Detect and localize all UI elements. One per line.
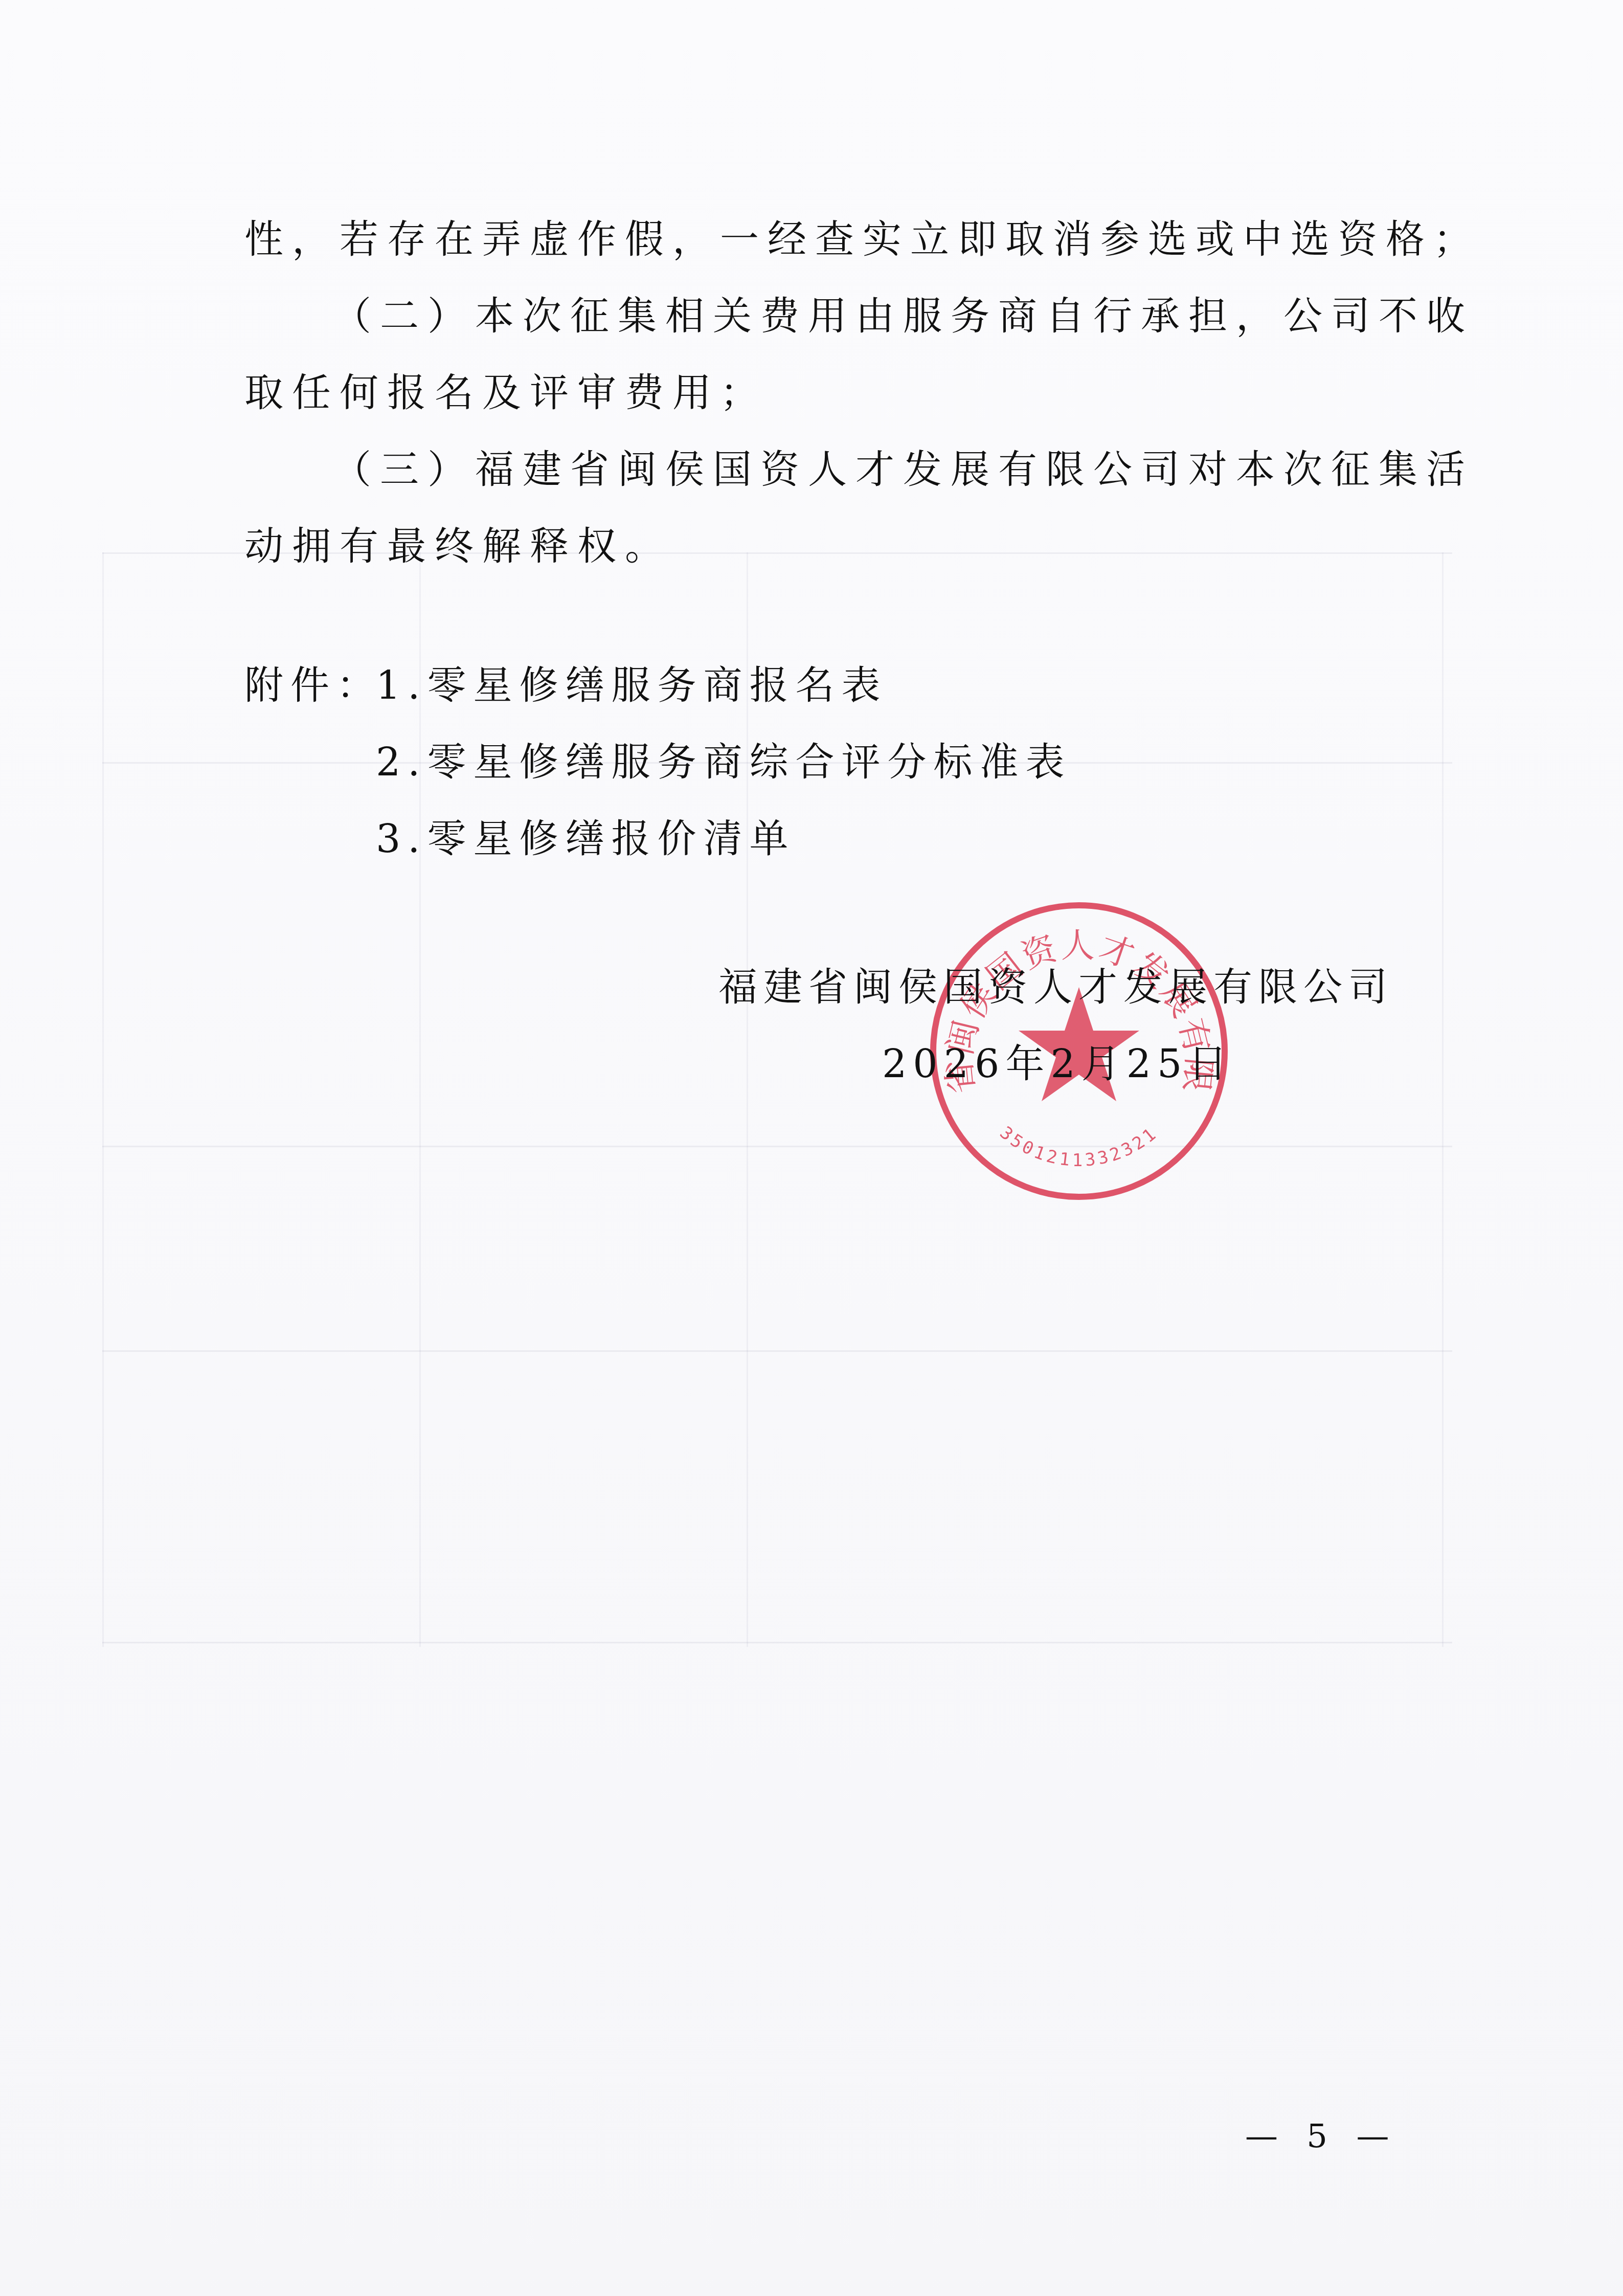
attachment-item-1: 1.零星修缮服务商报名表 xyxy=(376,660,888,711)
signature-date: 2026年2月25日 xyxy=(882,1038,1233,1089)
clause-2-line-2: 取任何报名及评审费用； xyxy=(244,367,768,418)
clause-3-line-2: 动拥有最终解释权。 xyxy=(244,521,672,572)
clause-3-line-1: （三）福建省闽侯国资人才发展有限公司对本次征集活 xyxy=(332,444,1474,495)
attachment-item-2: 2.零星修缮服务商综合评分标准表 xyxy=(376,737,1072,788)
attachments-label: 附件： xyxy=(244,660,382,711)
document-page: 性，若存在弄虚作假，一经查实立即取消参选或中选资格； （二）本次征集相关费用由服… xyxy=(0,0,1623,2296)
attachment-item-3: 3.零星修缮报价清单 xyxy=(376,813,796,864)
signature-organization: 福建省闽侯国资人才发展有限公司 xyxy=(718,962,1393,1013)
svg-text:3501211332321: 3501211332321 xyxy=(996,1123,1162,1171)
seal-code-text: 3501211332321 xyxy=(996,1123,1162,1171)
clause-1-continuation: 性，若存在弄虚作假，一经查实立即取消参选或中选资格； xyxy=(244,214,1481,265)
bleed-through-table-lines xyxy=(102,552,1452,1647)
clause-2-line-1: （二）本次征集相关费用由服务商自行承担，公司不收 xyxy=(332,291,1474,342)
page-number: — 5 — xyxy=(1245,2117,1398,2155)
